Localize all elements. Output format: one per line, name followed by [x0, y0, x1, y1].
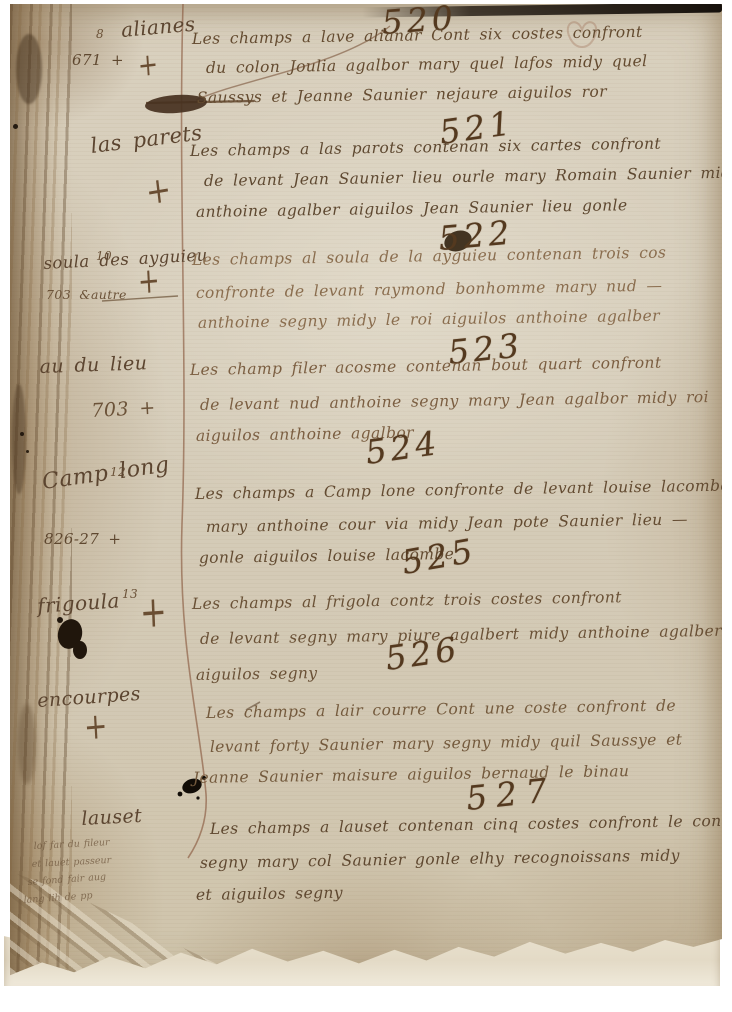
margin-note-line: lang lih de pp [23, 891, 93, 905]
entry-line: aiguilos segny [196, 666, 318, 683]
margin-label: soula des ayguieu [43, 247, 208, 272]
entry-line: Les champs al soula de la ayguieu conten… [192, 246, 667, 269]
entry-line: Les champ filer acosme contenan bout qua… [190, 356, 662, 379]
ink-splat [55, 617, 87, 659]
entry-line: confronte de levant raymond bonhomme mar… [196, 279, 663, 302]
margin-ref-number: 703 &autre [46, 289, 127, 302]
entry-number: 525 [399, 533, 479, 579]
entry-line: segny mary col Saunier gonle elhy recogn… [200, 848, 680, 871]
margin-superscript: 13 [122, 588, 138, 600]
ink-speck [13, 124, 18, 129]
entry-line: Les champs a Camp lone confronte de leva… [195, 479, 730, 503]
margin-label: au du lieu [39, 354, 147, 377]
margin-ref-number: 826-27 + [44, 532, 121, 547]
entry-line: Saussys et Jeanne Saunier nejaure aiguil… [197, 85, 607, 107]
entry-line: Les champs a lauset contenan cinq costes… [210, 814, 722, 838]
binding-stain [18, 704, 36, 784]
entry-number: 524 [363, 426, 442, 469]
margin-note-line: lof far du fileur [34, 838, 110, 851]
binding-stain [16, 34, 42, 104]
entry-line: Les champs a las parots contenan six car… [190, 137, 661, 160]
margin-ref-number: 703 + [91, 399, 156, 421]
entry-number: 526 [383, 632, 462, 675]
entry-line: Jeanne Saunier maisure aiguilos bernaud … [193, 764, 630, 786]
manuscript-scan: 520 8 alianes 671 + + Les champs a lave … [0, 0, 732, 1012]
margin-note-line: se fond fair aug [27, 873, 106, 888]
cross-mark: + [83, 712, 108, 743]
margin-label: lauset [81, 807, 143, 829]
entry-line: levant forty Saunier mary segny midy qui… [210, 733, 683, 756]
margin-note-line: et lauet passeur [32, 856, 112, 870]
entry-number: 527 [465, 773, 558, 815]
entry-line: et aiguilos segny [196, 886, 343, 904]
binding-stain [12, 384, 26, 494]
margin-label: frigoula [37, 590, 121, 616]
entry-line: Les champs al frigola contz trois costes… [192, 590, 622, 612]
margin-label: alianes [120, 14, 196, 40]
cross-mark: + [137, 267, 160, 297]
entry-line: du colon Joulia agalbor mary quel lafos … [206, 54, 648, 76]
margin-ref-number: 671 + [72, 53, 124, 68]
ink-speck [20, 432, 24, 436]
entry-line: Les champs a lair courre Cont une coste … [206, 699, 676, 722]
entry-line: de levant nud anthoine segny mary Jean a… [200, 390, 709, 413]
entry-line: de levant Jean Saunier lieu ourle mary R… [204, 166, 732, 190]
entry-line: Les champs a lave alianar Cont six coste… [192, 25, 643, 48]
entry-line: anthoine segny midy le roi aiguilos anth… [198, 309, 660, 332]
entry-line: de levant segny mary piure agalbert midy… [200, 624, 729, 648]
margin-label: Camp long [41, 454, 171, 494]
cross-mark: + [137, 52, 159, 79]
cross-mark: + [144, 176, 172, 209]
margin-superscript: 8 [96, 28, 104, 40]
paper-sheet: 520 8 alianes 671 + + Les champs a lave … [10, 4, 722, 980]
entry-line: mary anthoine cour via midy Jean pote Sa… [206, 512, 688, 535]
entry-line: anthoine agalber aiguilos Jean Saunier l… [196, 198, 628, 220]
margin-label: las parets [89, 122, 203, 157]
ink-speck [26, 450, 29, 453]
cross-mark: + [139, 595, 167, 631]
